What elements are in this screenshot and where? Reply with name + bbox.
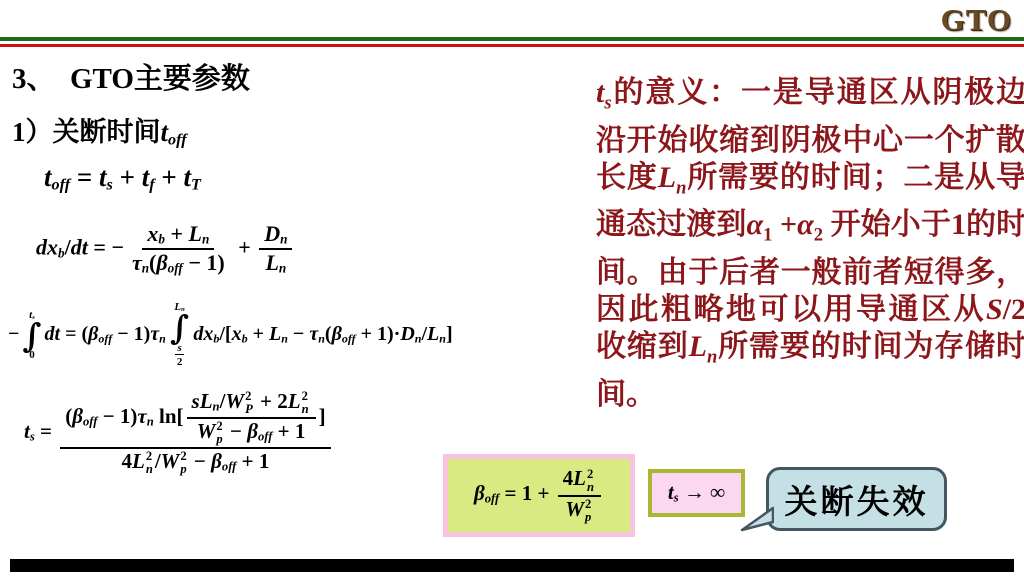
beta-off-condition-box: βoff = 1 + 4L2nW2p [443,454,635,537]
section-subtitle: 1）关断时间toff [12,110,187,149]
turn-off-failure-callout: 关断失效 [766,467,947,531]
slide-title: 3、 GTO主要参数 [12,56,250,97]
ts-infinity-box: ts → ∞ [648,469,745,517]
header-rule-red [0,44,1024,47]
formula-toff-sum: toff = ts + tf + tT [44,162,201,194]
ts-meaning-note: ts的意义：一是导通区从阴极边沿开始收缩到阴极中心一个扩散长度Ln所需要的时间；… [596,74,1024,413]
formula-beta-off-condition: βoff = 1 + 4L2nW2p [474,467,604,523]
slide: GTO 3、 GTO主要参数 1）关断时间toff toff = ts + tf… [0,0,1024,576]
callout-tail-icon [740,504,774,534]
formula-ts-infinity: ts → ∞ [668,480,725,506]
gto-logo: GTO [941,2,1012,38]
callout-label: 关断失效 [785,476,929,523]
formula-dxdt: dxb/dt = −xb + Lnτn(βoff − 1) + DnLn [36,222,295,277]
formula-ts-solution: ts = (βoff − 1)τn ln[sLn/W2P + 2L2nW2p −… [24,390,334,476]
header-rule-green [0,37,1024,41]
formula-integral: −ts∫0dt = (βoff − 1)τnLn∫s2dxb/[xb + Ln … [8,302,453,368]
footer-bar [10,559,1014,572]
